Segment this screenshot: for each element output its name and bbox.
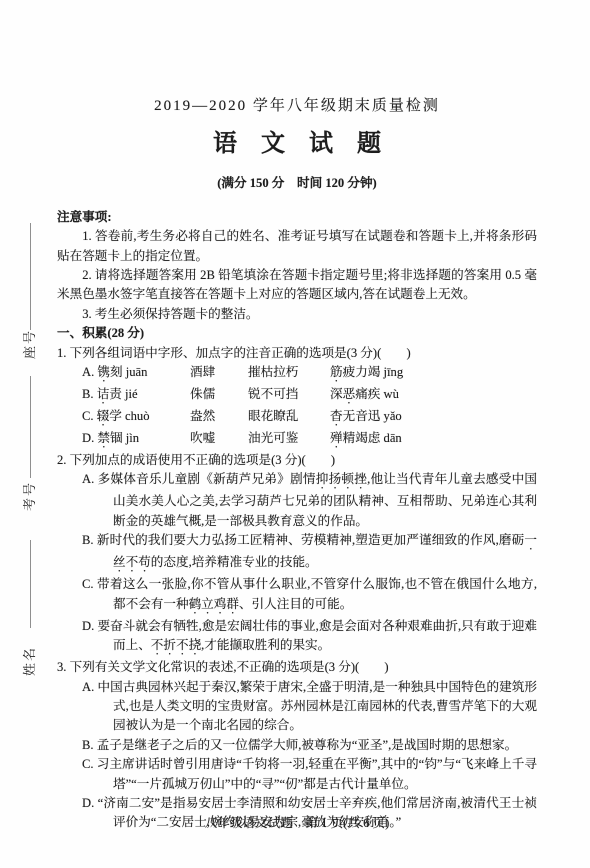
option-cell: 吹嘘	[190, 429, 248, 451]
question-3-option-a: A. 中国古典园林兴起于秦汉,繁荣于唐宋,全盛于明清,是一种独具中国特色的建筑形…	[57, 678, 537, 736]
exam-number-label: 考号	[19, 470, 39, 522]
option-cell: C. 辍学 chuò	[82, 407, 190, 429]
exam-paper-page: 座号 考号 姓名 2019—2020 学年八年级期末质量检测 语文试题 (满分 …	[0, 0, 590, 868]
option-cell: 油光可鉴	[248, 429, 330, 451]
seat-number-blank-line	[30, 223, 31, 330]
option-cell: 殚精竭虑 dān	[330, 429, 537, 451]
exam-number-blank-line	[30, 376, 31, 478]
question-3-option-c: C. 习主席讲话时曾引用唐诗“千钧将一羽,轻重在平衡”,其中的“钧”与“飞来峰上…	[57, 755, 537, 794]
notice-item-2: 2. 请将选择题答案用 2B 铅笔填涂在答题卡指定题号里;将非选择题的答案用 0…	[57, 266, 537, 305]
option-cell: A. 镌刻 juān	[82, 363, 190, 385]
option-cell: 深恶痛疾 wù	[330, 385, 537, 407]
option-cell: 眼花瞭乱	[248, 407, 330, 429]
option-cell: B. 诘责 jié	[82, 385, 190, 407]
question-1-option-c: C. 辍学 chuò 盎然 眼花瞭乱 杳无音迅 yǎo	[57, 407, 537, 429]
option-cell: D. 禁锢 jìn	[82, 429, 190, 451]
notice-item-3: 3. 考生必须保持答题卡的整洁。	[57, 305, 537, 324]
question-1-option-a: A. 镌刻 juān 酒肆 摧枯拉朽 筋疲力竭 jīng	[57, 363, 537, 385]
question-2-option-d: D. 要奋斗就会有牺牲,愈是宏阔壮伟的事业,愈是会面对各种艰难曲折,只有敢于迎难…	[57, 617, 537, 658]
notice-item-1: 1. 答卷前,考生务必将自己的姓名、准考证号填写在试题卷和答题卡上,并将条形码贴…	[57, 227, 537, 266]
student-name-label: 姓名	[19, 635, 39, 687]
question-2-option-b: B. 新时代的我们要大力弘扬工匠精神、劳模精神,塑造更加严谨细致的作风,磨砺一丝…	[57, 531, 537, 575]
student-name-blank-line	[30, 540, 31, 628]
option-cell: 杳无音迅 yǎo	[330, 407, 537, 429]
question-3-stem: 3. 下列有关文学文化常识的表述,不正确的选项是(3 分)( )	[57, 658, 537, 677]
question-1-option-d: D. 禁锢 jìn 吹嘘 油光可鉴 殚精竭虑 dān	[57, 429, 537, 451]
question-1-stem: 1. 下列各组词语中字形、加点字的注音正确的选项是(3 分)( )	[57, 344, 537, 363]
page-footer: 八年级语文试题 第 1 页(共 6 页)	[57, 812, 537, 831]
option-cell: 摧枯拉朽	[248, 363, 330, 385]
question-3-option-b: B. 孟子是继老子之后的又一位儒学大师,被尊称为“亚圣”,是战国时期的思想家。	[57, 736, 537, 755]
exam-session-title: 2019—2020 学年八年级期末质量检测	[57, 97, 537, 116]
option-cell: 锐不可挡	[248, 385, 330, 407]
question-2-option-c: C. 带着这么一张脸,你不管从事什么职业,不管穿什么服饰,也不管在俄国什么地方,…	[57, 575, 537, 616]
option-cell: 酒肆	[190, 363, 248, 385]
seat-number-label: 座号	[19, 318, 39, 370]
question-2-stem: 2. 下列加点的成语使用不正确的选项是(3 分)( )	[57, 451, 537, 470]
option-cell: 筋疲力竭 jīng	[330, 363, 537, 385]
section-1-heading: 一、积累(28 分)	[57, 324, 537, 343]
question-2-option-a: A. 多媒体音乐儿童剧《新葫芦兄弟》剧情抑扬顿挫,他让当代青年儿童去感受中国山美…	[57, 470, 537, 531]
question-1-option-b: B. 诘责 jié 侏儒 锐不可挡 深恶痛疾 wù	[57, 385, 537, 407]
notice-heading: 注意事项:	[57, 208, 537, 227]
paper-title: 语文试题	[57, 129, 537, 159]
option-cell: 侏儒	[190, 385, 248, 407]
option-cell: 盎然	[190, 407, 248, 429]
score-time-info: (满分 150 分 时间 120 分钟)	[57, 174, 537, 193]
paper-content: 2019—2020 学年八年级期末质量检测 语文试题 (满分 150 分 时间 …	[57, 97, 537, 833]
